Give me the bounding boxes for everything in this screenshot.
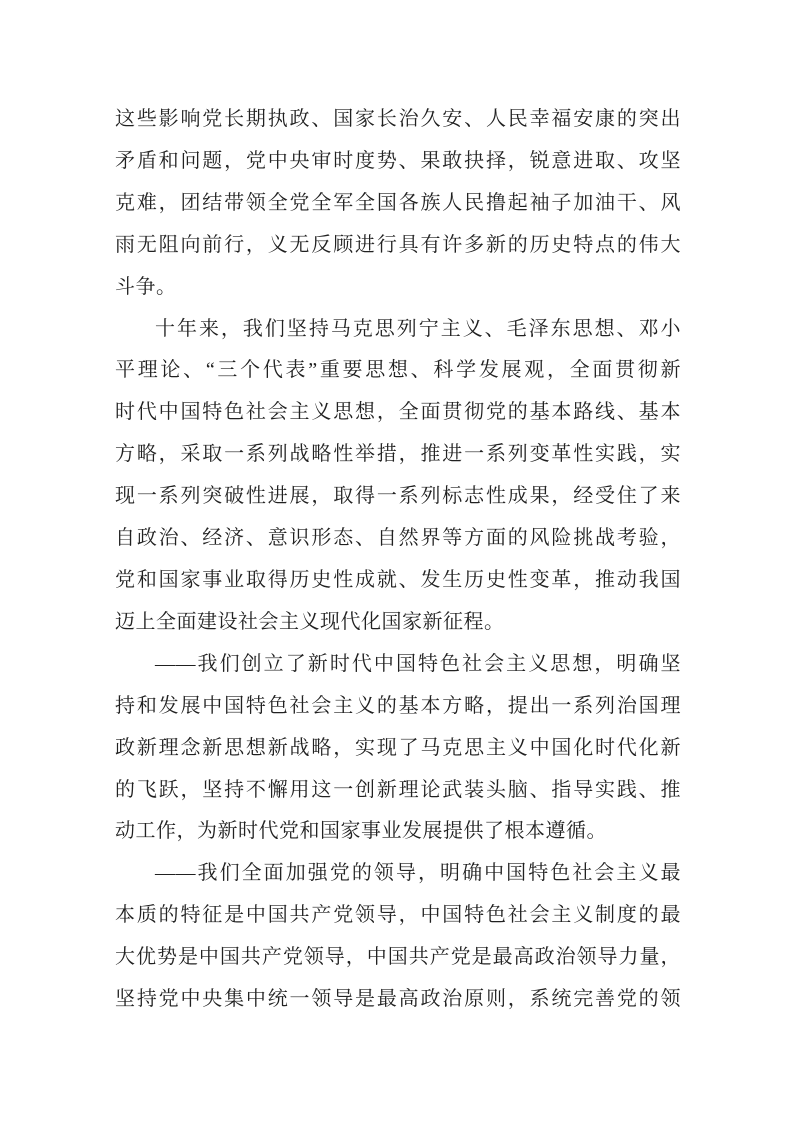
text-line: 政新理念新思想新战略，实现了马克思主义中国化时代化新 [115, 728, 681, 770]
document-text: 这些影响党长期执政、国家长治久安、人民幸福安康的突出 矛盾和问题，党中央审时度势… [115, 99, 681, 1021]
text-line: 现一系列突破性进展，取得一系列标志性成果，经受住了来 [115, 476, 681, 518]
text-line: 克难，团结带领全党全军全国各族人民撸起袖子加油干、风 [115, 183, 681, 225]
paragraph-3: ——我们创立了新时代中国特色社会主义思想，明确坚 持和发展中国特色社会主义的基本… [115, 644, 681, 854]
text-line: 坚持党中央集中统一领导是最高政治原则，系统完善党的领 [115, 979, 681, 1021]
text-line: 的飞跃，坚持不懈用这一创新理论武装头脑、指导实践、推 [115, 770, 681, 812]
text-line: 时代中国特色社会主义思想，全面贯彻党的基本路线、基本 [115, 392, 681, 434]
document-page: 这些影响党长期执政、国家长治久安、人民幸福安康的突出 矛盾和问题，党中央审时度势… [0, 0, 793, 1122]
text-line: 自政治、经济、意识形态、自然界等方面的风险挑战考验， [115, 518, 681, 560]
paragraph-2: 十年来，我们坚持马克思列宁主义、毛泽东思想、邓小 平理论、“三个代表”重要思想、… [115, 309, 681, 644]
text-line: 党和国家事业取得历史性成就、发生历史性变革，推动我国 [115, 560, 681, 602]
text-line: 这些影响党长期执政、国家长治久安、人民幸福安康的突出 [115, 99, 681, 141]
text-line: 方略，采取一系列战略性举措，推进一系列变革性实践，实 [115, 434, 681, 476]
text-line: 十年来，我们坚持马克思列宁主义、毛泽东思想、邓小 [115, 309, 681, 351]
text-line: 持和发展中国特色社会主义的基本方略，提出一系列治国理 [115, 686, 681, 728]
text-line: 迈上全面建设社会主义现代化国家新征程。 [115, 602, 681, 644]
paragraph-4: ——我们全面加强党的领导，明确中国特色社会主义最 本质的特征是中国共产党领导，中… [115, 853, 681, 1021]
paragraph-1: 这些影响党长期执政、国家长治久安、人民幸福安康的突出 矛盾和问题，党中央审时度势… [115, 99, 681, 309]
text-line: ——我们全面加强党的领导，明确中国特色社会主义最 [115, 853, 681, 895]
text-line: 矛盾和问题，党中央审时度势、果敢抉择，锐意进取、攻坚 [115, 141, 681, 183]
text-line: 雨无阻向前行，义无反顾进行具有许多新的历史特点的伟大 [115, 225, 681, 267]
text-line: 大优势是中国共产党领导，中国共产党是最高政治领导力量， [115, 937, 681, 979]
text-line: 平理论、“三个代表”重要思想、科学发展观，全面贯彻新 [115, 350, 681, 392]
text-line: 斗争。 [115, 267, 681, 309]
text-line: ——我们创立了新时代中国特色社会主义思想，明确坚 [115, 644, 681, 686]
text-line: 本质的特征是中国共产党领导，中国特色社会主义制度的最 [115, 895, 681, 937]
text-line: 动工作，为新时代党和国家事业发展提供了根本遵循。 [115, 811, 681, 853]
